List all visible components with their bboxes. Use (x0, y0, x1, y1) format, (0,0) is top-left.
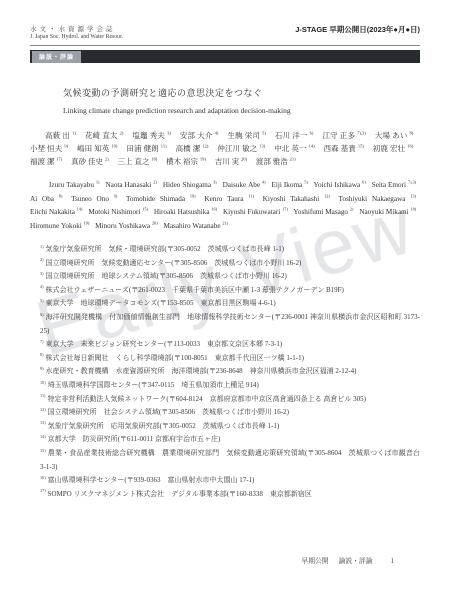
author-name: Naota Hanasaki 2) (105, 181, 156, 189)
page-footer: 早期公開論説・評論1 (30, 555, 420, 565)
author-name: 江守 正多 7),3) (322, 131, 365, 140)
author-affiliation-ref: 9) (114, 193, 118, 198)
author-affiliation-ref: 14) (309, 144, 315, 149)
author-affiliation-ref: 8) (410, 131, 414, 136)
author-list-japanese: 高薮 出 1) 花崎 直太 2) 塩竈 秀夫 3) 安部 大介 4) 生駒 栄司… (30, 129, 420, 168)
author-affiliation-ref: 4) (262, 180, 266, 185)
author-affiliation-ref: 18) (410, 207, 416, 212)
author-name: 小埜 恒夫 9) (30, 144, 68, 153)
affiliation-item: 13)気象庁気象研究所 応用気象研究部(〒305-0052 茨城県つくば市長峰 … (40, 420, 420, 434)
author-affiliation-ref: 9) (64, 144, 68, 149)
affiliation-item: 14)京都大学 防災研究所(〒611-0011 京都府宇治市五ヶ庄) (40, 433, 420, 447)
author-name: 吉川 実 20) (215, 157, 247, 166)
author-name: Hideo Shiogama 3) (163, 181, 217, 189)
article-title-english: Linking climate change prediction resear… (63, 106, 420, 115)
author-name: 仲江川 敏之 13) (217, 144, 265, 153)
affiliation-item: 3)国立環境研究所 地球システム領域(〒305-8506 茨城県つくば市小野川 … (40, 270, 420, 284)
author-name: 高薮 出 1) (45, 131, 76, 140)
author-affiliation-ref: 12) (202, 144, 208, 149)
author-affiliation-ref: 10) (190, 193, 196, 198)
jstage-early-release-date: J-STAGE 早期公開日(2023年●月●日) (295, 24, 420, 35)
author-affiliation-ref: 20) (241, 157, 247, 162)
affiliation-number: 2) (40, 257, 44, 262)
author-name: 三上 直之 18) (118, 157, 158, 166)
author-affiliation-ref: 20) (152, 220, 158, 225)
author-affiliation-ref: 2) (105, 157, 109, 162)
affiliation-item: 6)海洋研究開発機構 付加価値情報創生部門 地球情報科学技術センター(〒236-… (40, 311, 420, 338)
author-affiliation-ref: 16) (211, 207, 217, 212)
author-affiliation-ref: 15) (358, 144, 364, 149)
author-affiliation-ref: 14) (77, 207, 83, 212)
author-name: 渡部 雅浩 21) (256, 157, 296, 166)
author-name: Kenro Taura 11) (204, 195, 253, 203)
paper-page: Early View 水文・水資源学会誌 J. Japan Soc. Hydro… (0, 0, 450, 600)
author-affiliation-ref: 2) (350, 207, 354, 212)
journal-title-japanese: 水文・水資源学会誌 (30, 24, 123, 33)
author-name: Izuru Takayabu 1) (49, 181, 100, 189)
author-name: Yoshifumi Masago 2) (293, 208, 353, 216)
author-name: 真砂 佳史 2) (71, 157, 109, 166)
affiliation-number: 5) (40, 298, 44, 303)
author-name: Daisuke Abe 4) (223, 181, 266, 189)
author-name: 花崎 直太 2) (85, 131, 123, 140)
author-affiliation-ref: 17) (56, 157, 62, 162)
author-affiliation-ref: 7),3) (357, 131, 366, 136)
author-name: 西森 基貴 15) (324, 144, 364, 153)
author-affiliation-ref: 3) (167, 131, 171, 136)
affiliation-item: 2)国立環境研究所 気候変動適応センター(〒305-8506 茨城県つくば市小野… (40, 257, 420, 271)
author-affiliation-ref: 6) (310, 131, 314, 136)
affiliation-item: 1)気象庁気象研究所 気候・環境研究部(〒305-0052 茨城県つくば市長峰 … (40, 243, 420, 257)
author-affiliation-ref: 15) (142, 207, 148, 212)
affiliation-number: 15) (40, 448, 46, 453)
author-name: Toshiyuki Nakaegawa 13) (338, 195, 416, 203)
author-affiliation-ref: 4) (215, 131, 219, 136)
author-name: Hiromune Yokoki 19) (30, 222, 89, 230)
affiliation-number: 13) (40, 420, 46, 425)
affiliation-number: 6) (40, 312, 44, 317)
category-bar: 論説・評論 (30, 50, 420, 63)
affiliation-number: 3) (40, 271, 44, 276)
author-affiliation-ref: 2) (153, 180, 157, 185)
author-name: Motoki Nishimori 15) (88, 208, 148, 216)
article-title-japanese: 気候変動の予測研究と適応の意思決定をつなぐ (63, 86, 420, 99)
author-name: 安部 大介 4) (180, 131, 218, 140)
affiliation-list: 1)気象庁気象研究所 気候・環境研究部(〒305-0052 茨城県つくば市長峰 … (40, 243, 420, 501)
author-name: Hiroaki Hatsushika 16) (154, 208, 217, 216)
masthead-rule (30, 45, 420, 46)
author-name: Kiyoshi Takahashi 12) (263, 195, 330, 203)
author-name: 嶋田 知英 10) (77, 144, 117, 153)
author-name: Tomohide Shimada 10) (126, 195, 196, 203)
affiliation-number: 17) (40, 488, 46, 493)
author-affiliation-ref: 3) (213, 180, 217, 185)
author-name: Yoichi Ishikawa 6) (313, 181, 365, 189)
author-affiliation-ref: 2) (120, 131, 124, 136)
author-affiliation-ref: 19) (200, 157, 206, 162)
affiliation-item: 12)国立環境研究所 社会システム領域(〒305-8506 茨城県つくば市小野川… (40, 406, 420, 420)
affiliation-number: 4) (40, 284, 44, 289)
author-name: 高橋 潔 12) (176, 144, 209, 153)
author-affiliation-ref: 21) (290, 157, 296, 162)
affiliation-number: 10) (40, 380, 46, 385)
author-affiliation-ref: 10) (111, 144, 117, 149)
affiliation-number: 8) (40, 352, 44, 357)
author-affiliation-ref: 21) (222, 220, 228, 225)
author-name: Tsuneo Ono 9) (71, 195, 117, 203)
affiliation-number: 7) (40, 339, 44, 344)
author-affiliation-ref: 19) (84, 220, 90, 225)
author-affiliation-ref: 18) (151, 157, 157, 162)
footer-publication-status: 早期公開 (301, 558, 328, 565)
author-name: Masahiro Watanabe 21) (163, 222, 228, 230)
author-affiliation-ref: 5) (262, 131, 266, 136)
author-name: 中北 英一 14) (274, 144, 314, 153)
affiliation-number: 11) (40, 393, 45, 398)
author-name: 大場 あい 8) (375, 131, 413, 140)
author-name: Ai Oba 8) (30, 195, 62, 203)
author-name: 石川 洋一 6) (275, 131, 313, 140)
author-affiliation-ref: 17) (282, 207, 288, 212)
article-category-label: 論説・評論 (32, 51, 81, 63)
affiliation-item: 11)特定非営利活動法人気候ネットワーク(〒604-8124 京都府京都市中京区… (40, 393, 420, 407)
author-name: 福渡 潔 17) (30, 157, 62, 166)
affiliation-item: 5)東京大学 地球環境データコモンズ(〒153-8505 東京都目黒区駒場 4-… (40, 297, 420, 311)
author-name: Kiyoshi Fukuwatari 17) (223, 208, 288, 216)
affiliation-item: 10)埼玉県環境科学国際センター(〒347-0115 埼玉県加須市上種足 914… (40, 379, 420, 393)
author-affiliation-ref: 11) (248, 193, 254, 198)
affiliation-item: 16)富山県環境科学センター(〒939-0363 富山県射水市中太閤山 17-1… (40, 474, 420, 488)
author-affiliation-ref: 5) (304, 180, 308, 185)
author-name: Seita Emori 7),3) (372, 181, 416, 189)
author-affiliation-ref: 1) (72, 131, 76, 136)
author-name: 塩竈 秀夫 3) (132, 131, 170, 140)
author-name: 横木 裕宗 19) (166, 157, 206, 166)
author-name: 初鹿 宏壮 16) (373, 144, 413, 153)
author-affiliation-ref: 11) (161, 144, 167, 149)
author-affiliation-ref: 8) (59, 193, 63, 198)
author-name: Eiichi Nakakita 14) (30, 208, 82, 216)
author-affiliation-ref: 1) (96, 180, 100, 185)
article-front-matter: 気候変動の予測研究と適応の意思決定をつなぐ Linking climate ch… (30, 86, 420, 501)
masthead: 水文・水資源学会誌 J. Japan Soc. Hydrol. and Wate… (30, 24, 420, 40)
affiliation-number: 9) (40, 366, 44, 371)
author-list-english: Izuru Takayabu 1) Naota Hanasaki 2) Hide… (30, 179, 420, 233)
author-name: 生駒 栄司 5) (227, 131, 265, 140)
affiliation-item: 15)農業・食品産業技術総合研究機構 農業環境研究部門 気候変動適応策研究領域(… (40, 447, 420, 474)
affiliation-item: 4)株式会社ウェザーニューズ(〒261-0023 千葉県千葉市美浜区中瀬 1-3… (40, 284, 420, 298)
affiliation-item: 9)水産研究・教育機構 水産資源研究所 海洋環境部(〒236-8648 神奈川県… (40, 365, 420, 379)
affiliation-number: 14) (40, 434, 46, 439)
author-affiliation-ref: 13) (259, 144, 265, 149)
author-affiliation-ref: 12) (324, 193, 330, 198)
author-name: Minoru Yoshikawa 20) (95, 222, 158, 230)
affiliation-item: 7)東京大学 未来ビジョン研究センター(〒113-0033 東京都文京区本郷 7… (40, 338, 420, 352)
author-affiliation-ref: 16) (407, 144, 413, 149)
page-number: 1 (391, 558, 394, 565)
affiliation-number: 12) (40, 407, 46, 412)
author-affiliation-ref: 7),3) (408, 180, 416, 185)
journal-identity: 水文・水資源学会誌 J. Japan Soc. Hydrol. and Wate… (30, 24, 123, 40)
footer-category: 論説・評論 (339, 558, 373, 565)
author-name: 田浦 健朗 11) (126, 144, 166, 153)
author-name: Eiji Ikoma 5) (272, 181, 308, 189)
affiliation-number: 16) (40, 475, 46, 480)
author-name: Naoyuki Mikami 18) (359, 208, 416, 216)
affiliation-item: 8)株式会社毎日新聞社 くらし科学環境部(〒100-8051 東京都千代田区一ツ… (40, 352, 420, 366)
affiliation-number: 1) (40, 244, 44, 249)
author-affiliation-ref: 13) (410, 193, 416, 198)
affiliation-item: 17)SOMPO リスクマネジメント株式会社 デジタル事業本部(〒160-833… (40, 488, 420, 502)
journal-title-english: J. Japan Soc. Hydrol. and Water Resour. (30, 34, 123, 40)
author-affiliation-ref: 6) (362, 180, 366, 185)
